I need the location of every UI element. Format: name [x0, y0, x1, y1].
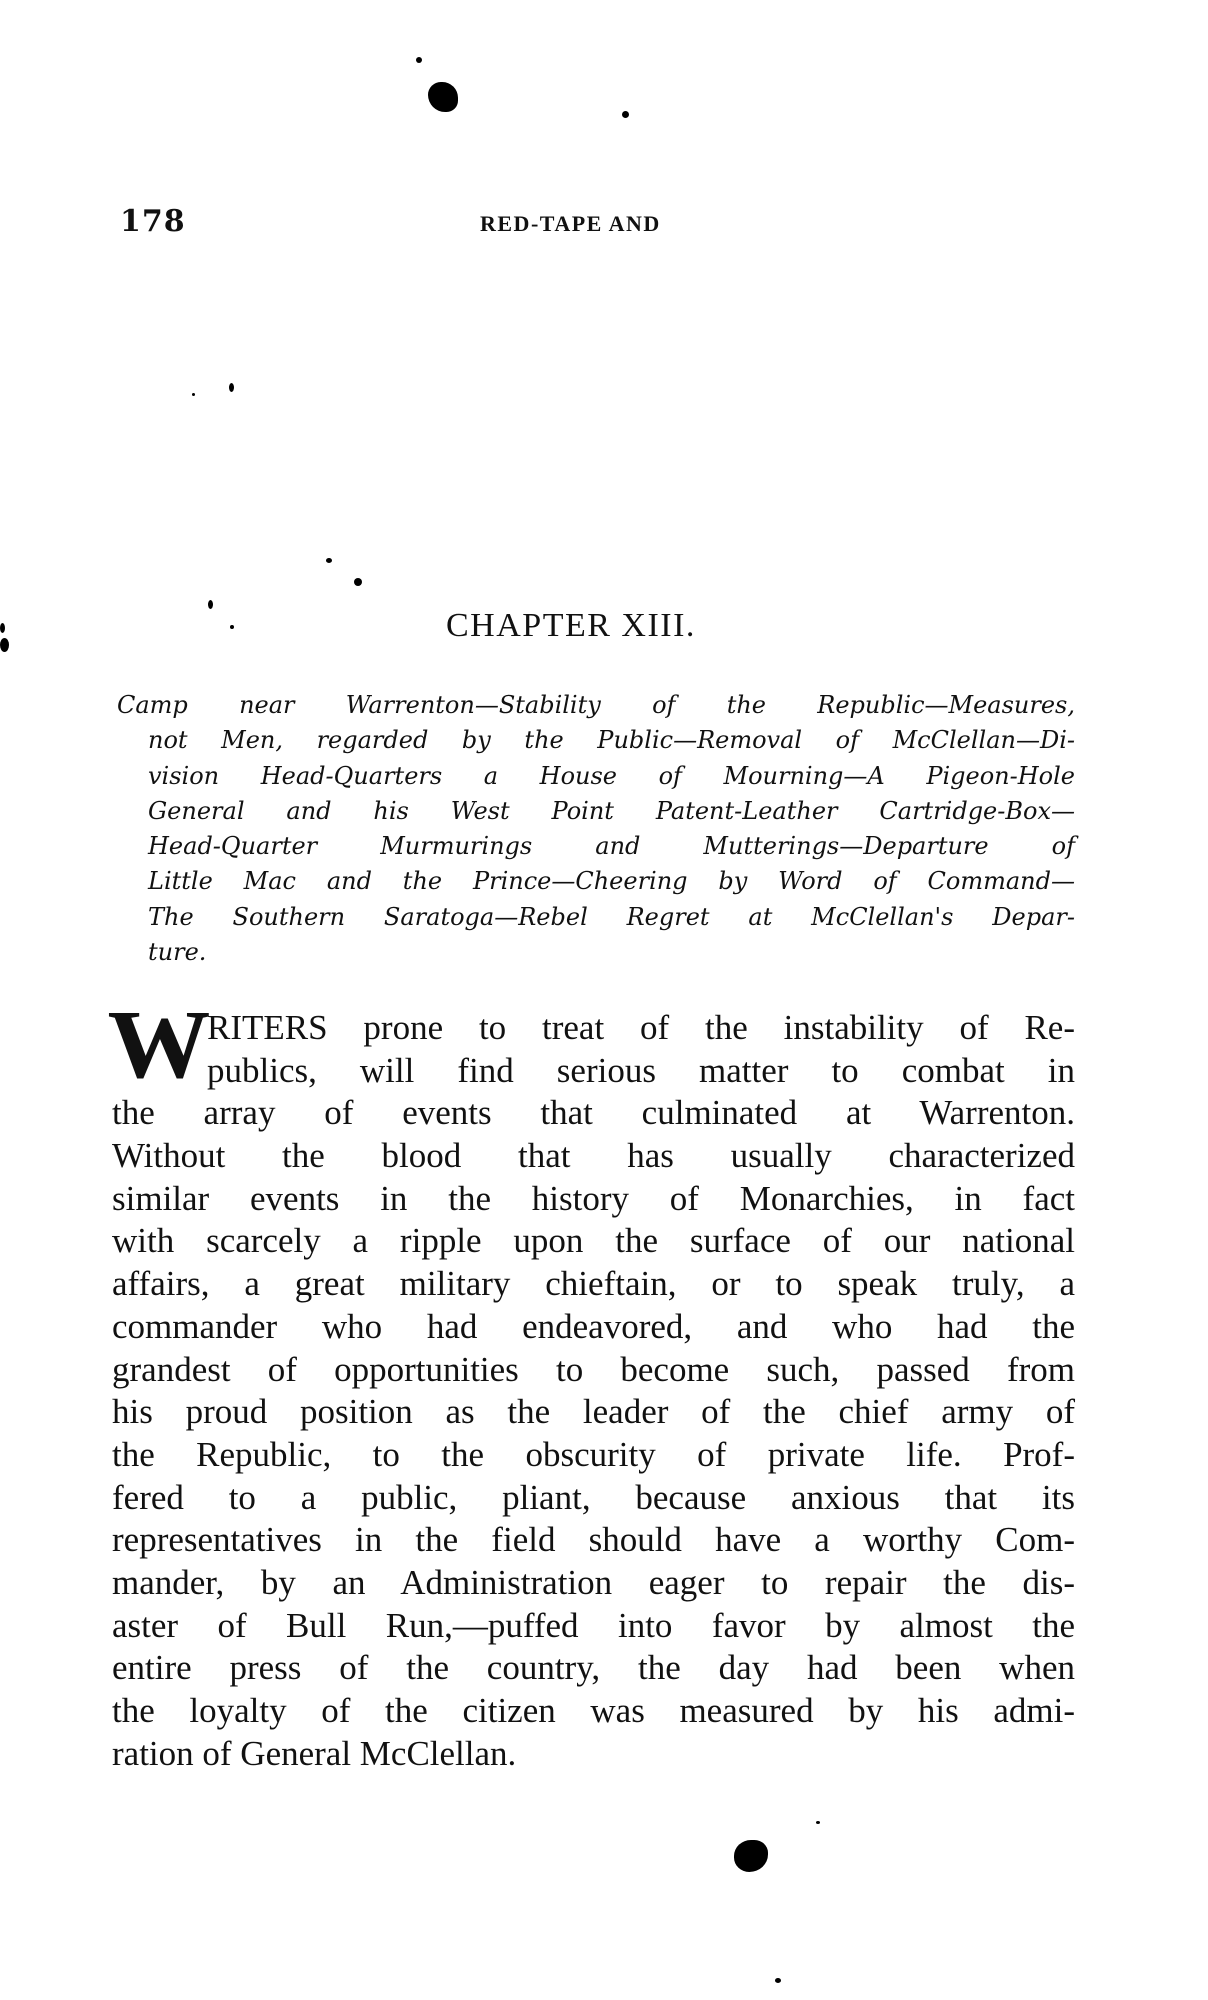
body-line: the loyalty of the citizen was measured … — [112, 1690, 1075, 1733]
body-line: publics, will find serious matter to com… — [112, 1050, 1075, 1093]
body-line: fered to a public, pliant, because anxio… — [112, 1477, 1075, 1520]
ink-speck — [416, 57, 422, 63]
synopsis-line: vision Head-Quarters a House of Mourning… — [117, 759, 1075, 794]
page-number: 178 — [120, 206, 186, 238]
ink-speck — [0, 623, 5, 633]
synopsis-line: ture. — [117, 935, 1075, 970]
ink-blot — [428, 82, 458, 112]
chapter-title: CHAPTER XIII. — [446, 606, 746, 646]
body-line: Without the blood that has usually chara… — [112, 1135, 1075, 1178]
body-line: affairs, a great military chieftain, or … — [112, 1263, 1075, 1306]
synopsis-line: The Southern Saratoga—Rebel Regret at Mc… — [117, 900, 1075, 935]
body-line: his proud position as the leader of the … — [112, 1391, 1075, 1434]
body-line: aster of Bull Run,—puffed into favor by … — [112, 1605, 1075, 1648]
ink-speck — [0, 638, 9, 652]
ink-speck — [354, 578, 362, 586]
ink-speck — [622, 111, 629, 118]
running-head: RED-TAPE AND — [480, 210, 730, 238]
ink-speck — [775, 1978, 781, 1983]
ink-speck — [208, 600, 213, 609]
ink-speck — [230, 625, 234, 629]
body-line: ration of General McClellan. — [112, 1733, 1075, 1776]
body-line: similar events in the history of Monarch… — [112, 1178, 1075, 1221]
synopsis-line: Head-Quarter Murmurings and Mutterings—D… — [117, 829, 1075, 864]
ink-speck — [816, 1821, 820, 1824]
body-line: commander who had endeavored, and who ha… — [112, 1306, 1075, 1349]
ink-blot — [734, 1840, 768, 1872]
synopsis-line: Little Mac and the Prince—Cheering by Wo… — [117, 864, 1075, 899]
body-line: mander, by an Administration eager to re… — [112, 1562, 1075, 1605]
ink-speck — [326, 558, 332, 563]
ink-speck — [192, 393, 195, 396]
ink-speck — [229, 383, 234, 392]
body-line: the Republic, to the obscurity of privat… — [112, 1434, 1075, 1477]
body-line: RITERS prone to treat of the instability… — [112, 1007, 1075, 1050]
synopsis-line: not Men, regarded by the Public—Removal … — [117, 723, 1075, 758]
chapter-synopsis: Camp near Warrenton—Stability of the Rep… — [117, 688, 1075, 970]
synopsis-line: Camp near Warrenton—Stability of the Rep… — [117, 688, 1075, 723]
body-line: entire press of the country, the day had… — [112, 1647, 1075, 1690]
synopsis-line: General and his West Point Patent-Leathe… — [117, 794, 1075, 829]
body-line: representatives in the field should have… — [112, 1519, 1075, 1562]
body-line: the array of events that culminated at W… — [112, 1092, 1075, 1135]
body-line: grandest of opportunities to become such… — [112, 1349, 1075, 1392]
body-paragraph: RITERS prone to treat of the instability… — [112, 1007, 1075, 1775]
body-line: with scarcely a ripple upon the surface … — [112, 1220, 1075, 1263]
